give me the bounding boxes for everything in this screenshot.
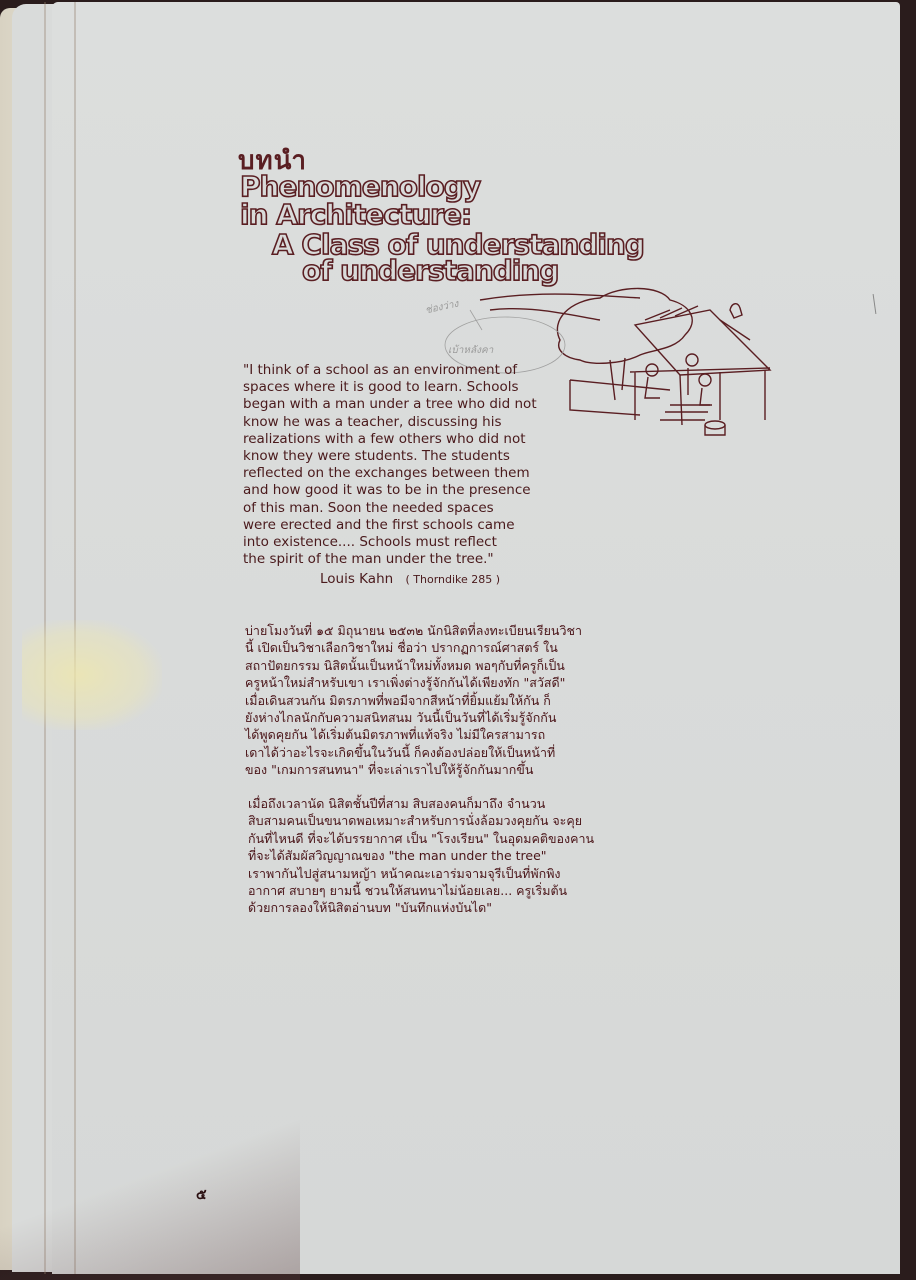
quote-line: "I think of a school as an environment o… xyxy=(243,362,588,379)
paragraph-line: ครูหน้าใหม่สำหรับเขา เราเพิ่งต่างรู้จักก… xyxy=(245,674,582,691)
page-number: ๕ xyxy=(196,1184,207,1206)
paragraph-line: เราพากันไปสู่สนามหญ้า หน้าคณะเอาร่มจามจุ… xyxy=(248,865,594,882)
paragraph-line: นี้ เปิดเป็นวิชาเลือกวิชาใหม่ ชื่อว่า ปร… xyxy=(245,639,582,656)
paragraph-line: ยังห่างไกลนักกับความสนิทสนม วันนี้เป็นวั… xyxy=(245,709,582,726)
paragraph-line: อากาศ สบายๆ ยามนี้ ชวนให้สนทนาไม่น้อยเลย… xyxy=(248,882,594,899)
page-shadow xyxy=(0,1120,300,1280)
paragraph-line: ของ "เกมการสนทนา" ที่จะเล่าเราไปให้รู้จั… xyxy=(245,761,582,778)
paragraph-line: ด้วยการลองให้นิสิตอ่านบท "บันทึกแห่งบันไ… xyxy=(248,899,594,916)
paragraph-line: เดาได้ว่าอะไรจะเกิดขึ้นในวันนี้ ก็คงต้อง… xyxy=(245,744,582,761)
paragraph-line: เมื่อถึงเวลานัด นิสิตชั้นปีที่สาม สิบสอง… xyxy=(248,795,594,812)
quote-line: know they were students. The students xyxy=(243,448,588,465)
paragraph-line: เมื่อเดินสวนกัน มิตรภาพที่พอมีจากสีหน้าท… xyxy=(245,692,582,709)
paragraph-2: เมื่อถึงเวลานัด นิสิตชั้นปีที่สาม สิบสอง… xyxy=(248,795,594,917)
title-line-2: in Architecture: xyxy=(240,198,471,231)
quote-author: Louis Kahn xyxy=(320,571,393,587)
paragraph-line: ได้พูดคุยกัน ได้เริ่มต้นมิตรภาพที่แท้จริ… xyxy=(245,726,582,743)
quote-source: ( Thorndike 285 ) xyxy=(405,573,500,586)
paragraph-1: บ่ายโมงวันที่ ๑๕ มิถุนายน ๒๕๓๒ นักนิสิตท… xyxy=(245,622,582,779)
quote-line: the spirit of the man under the tree." xyxy=(243,551,588,568)
quote-line: spaces where it is good to learn. School… xyxy=(243,379,588,396)
paragraph-line: สถาปัตยกรรม นิสิตนั้นเป็นหน้าใหม่ทั้งหมด… xyxy=(245,657,582,674)
quote-line: of this man. Soon the needed spaces xyxy=(243,500,588,517)
paragraph-line: สิบสามคนเป็นขนาดพอเหมาะสำหรับการนั่งล้อม… xyxy=(248,812,594,829)
quote-line: into existence.... Schools must reflect xyxy=(243,534,588,551)
quote-attribution: Louis Kahn ( Thorndike 285 ) xyxy=(320,571,500,587)
paragraph-line: บ่ายโมงวันที่ ๑๕ มิถุนายน ๒๕๓๒ นักนิสิตท… xyxy=(245,622,582,639)
kahn-quote: "I think of a school as an environment o… xyxy=(243,362,588,568)
quote-line: were erected and the first schools came xyxy=(243,517,588,534)
quote-line: and how good it was to be in the presenc… xyxy=(243,482,588,499)
paragraph-line: ที่จะได้สัมผัสวิญญาณของ "the man under t… xyxy=(248,847,594,864)
paragraph-line: กันที่ไหนดี ที่จะได้บรรยากาศ เป็น "โรงเร… xyxy=(248,830,594,847)
quote-line: reflected on the exchanges between them xyxy=(243,465,588,482)
quote-line: know he was a teacher, discussing his xyxy=(243,414,588,431)
pencil-note: เบ้าหลังคา xyxy=(448,343,493,358)
quote-line: began with a man under a tree who did no… xyxy=(243,396,588,413)
quote-line: realizations with a few others who did n… xyxy=(243,431,588,448)
paper-stain xyxy=(22,620,162,730)
